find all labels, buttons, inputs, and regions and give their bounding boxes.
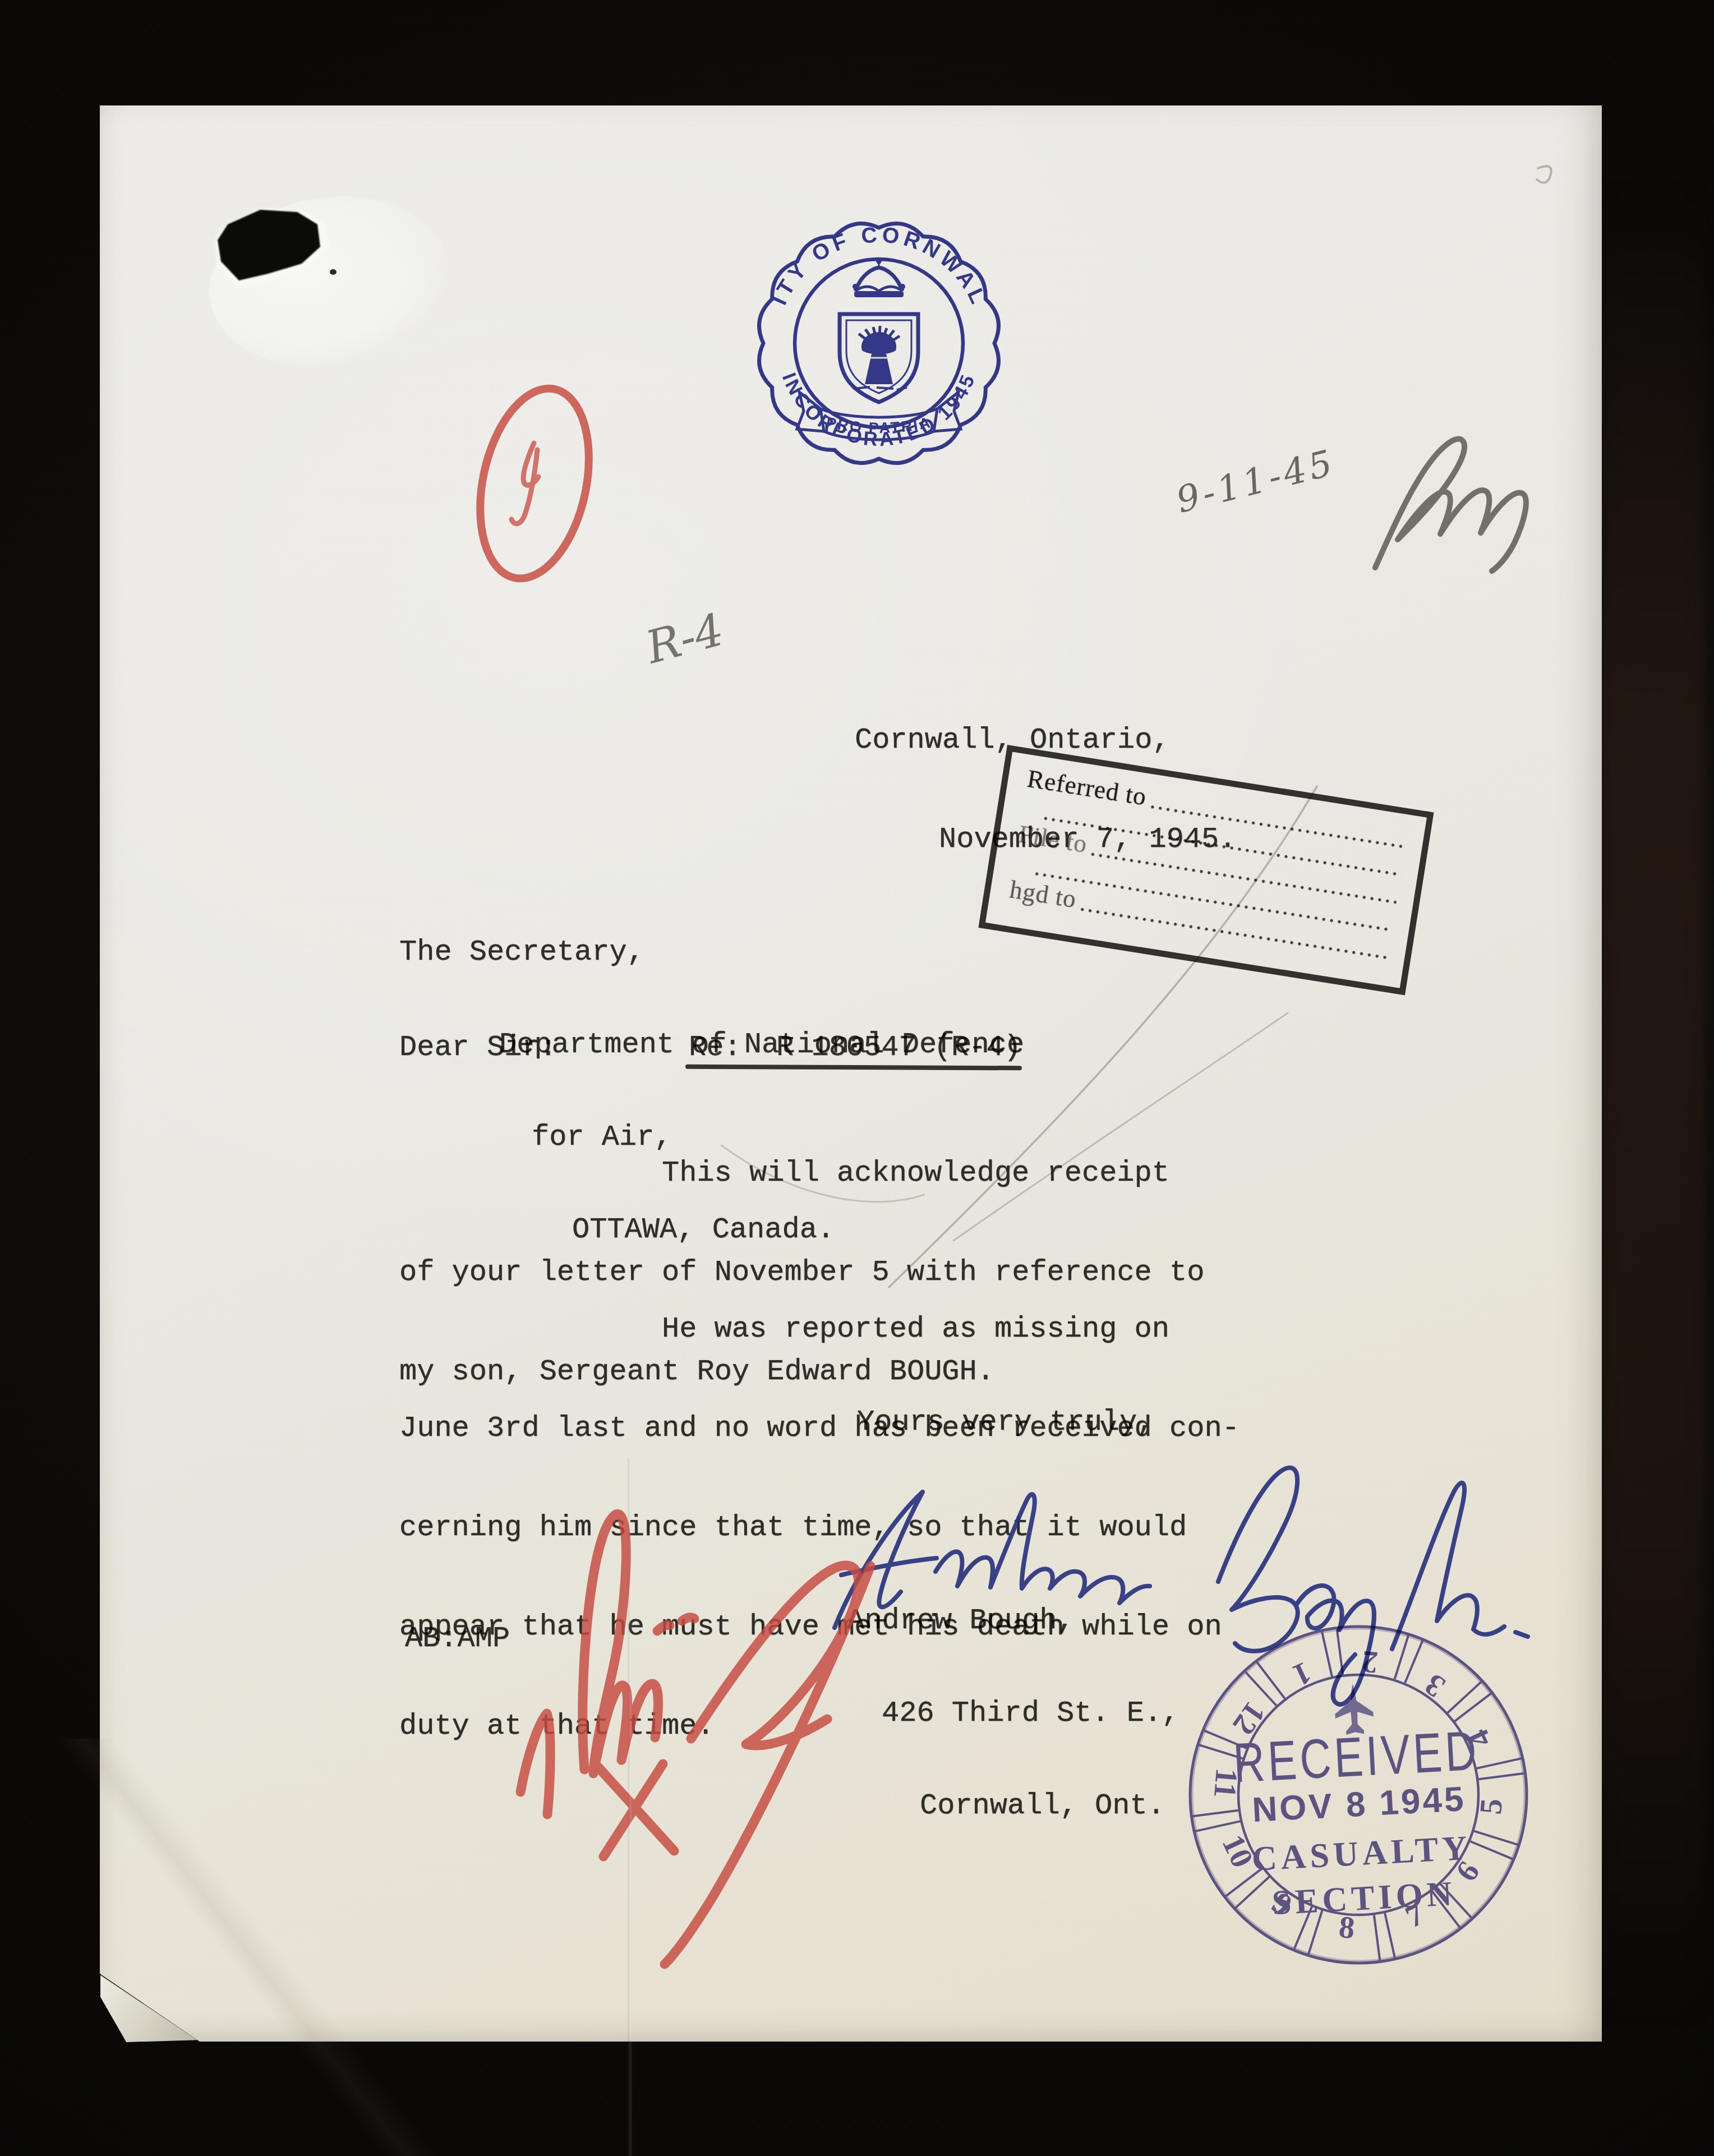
body-line: He was reported as missing on	[662, 1312, 1240, 1346]
section-text: SECTION	[1271, 1874, 1457, 1922]
received-date-stamp: 123456789101112 RECEIVED NOV 8 1945 CASU…	[1173, 1610, 1543, 1980]
sender-line: Cornwall, Ont.	[920, 1790, 1179, 1821]
casualty-text: CASUALTY	[1251, 1829, 1472, 1878]
svg-text:1: 1	[1288, 1655, 1317, 1693]
svg-text:2: 2	[1361, 1644, 1379, 1680]
svg-text:5: 5	[1473, 1797, 1509, 1816]
red-scrawl-mark	[494, 1486, 897, 1991]
recipient-line: The Secretary,	[399, 937, 1024, 968]
salutation: Dear Sir:	[399, 1031, 557, 1064]
body-line: This will acknowledge receipt	[662, 1157, 1204, 1190]
svg-text:3: 3	[1418, 1667, 1451, 1704]
subject-line: Re: R 180547 (R-4)	[689, 1031, 1021, 1064]
photograph-of-letter: CITY OF CORNWALL · INCORPORATED 1945 ·	[0, 0, 1714, 2156]
sender-line: 426 Third St. E.,	[882, 1698, 1179, 1729]
